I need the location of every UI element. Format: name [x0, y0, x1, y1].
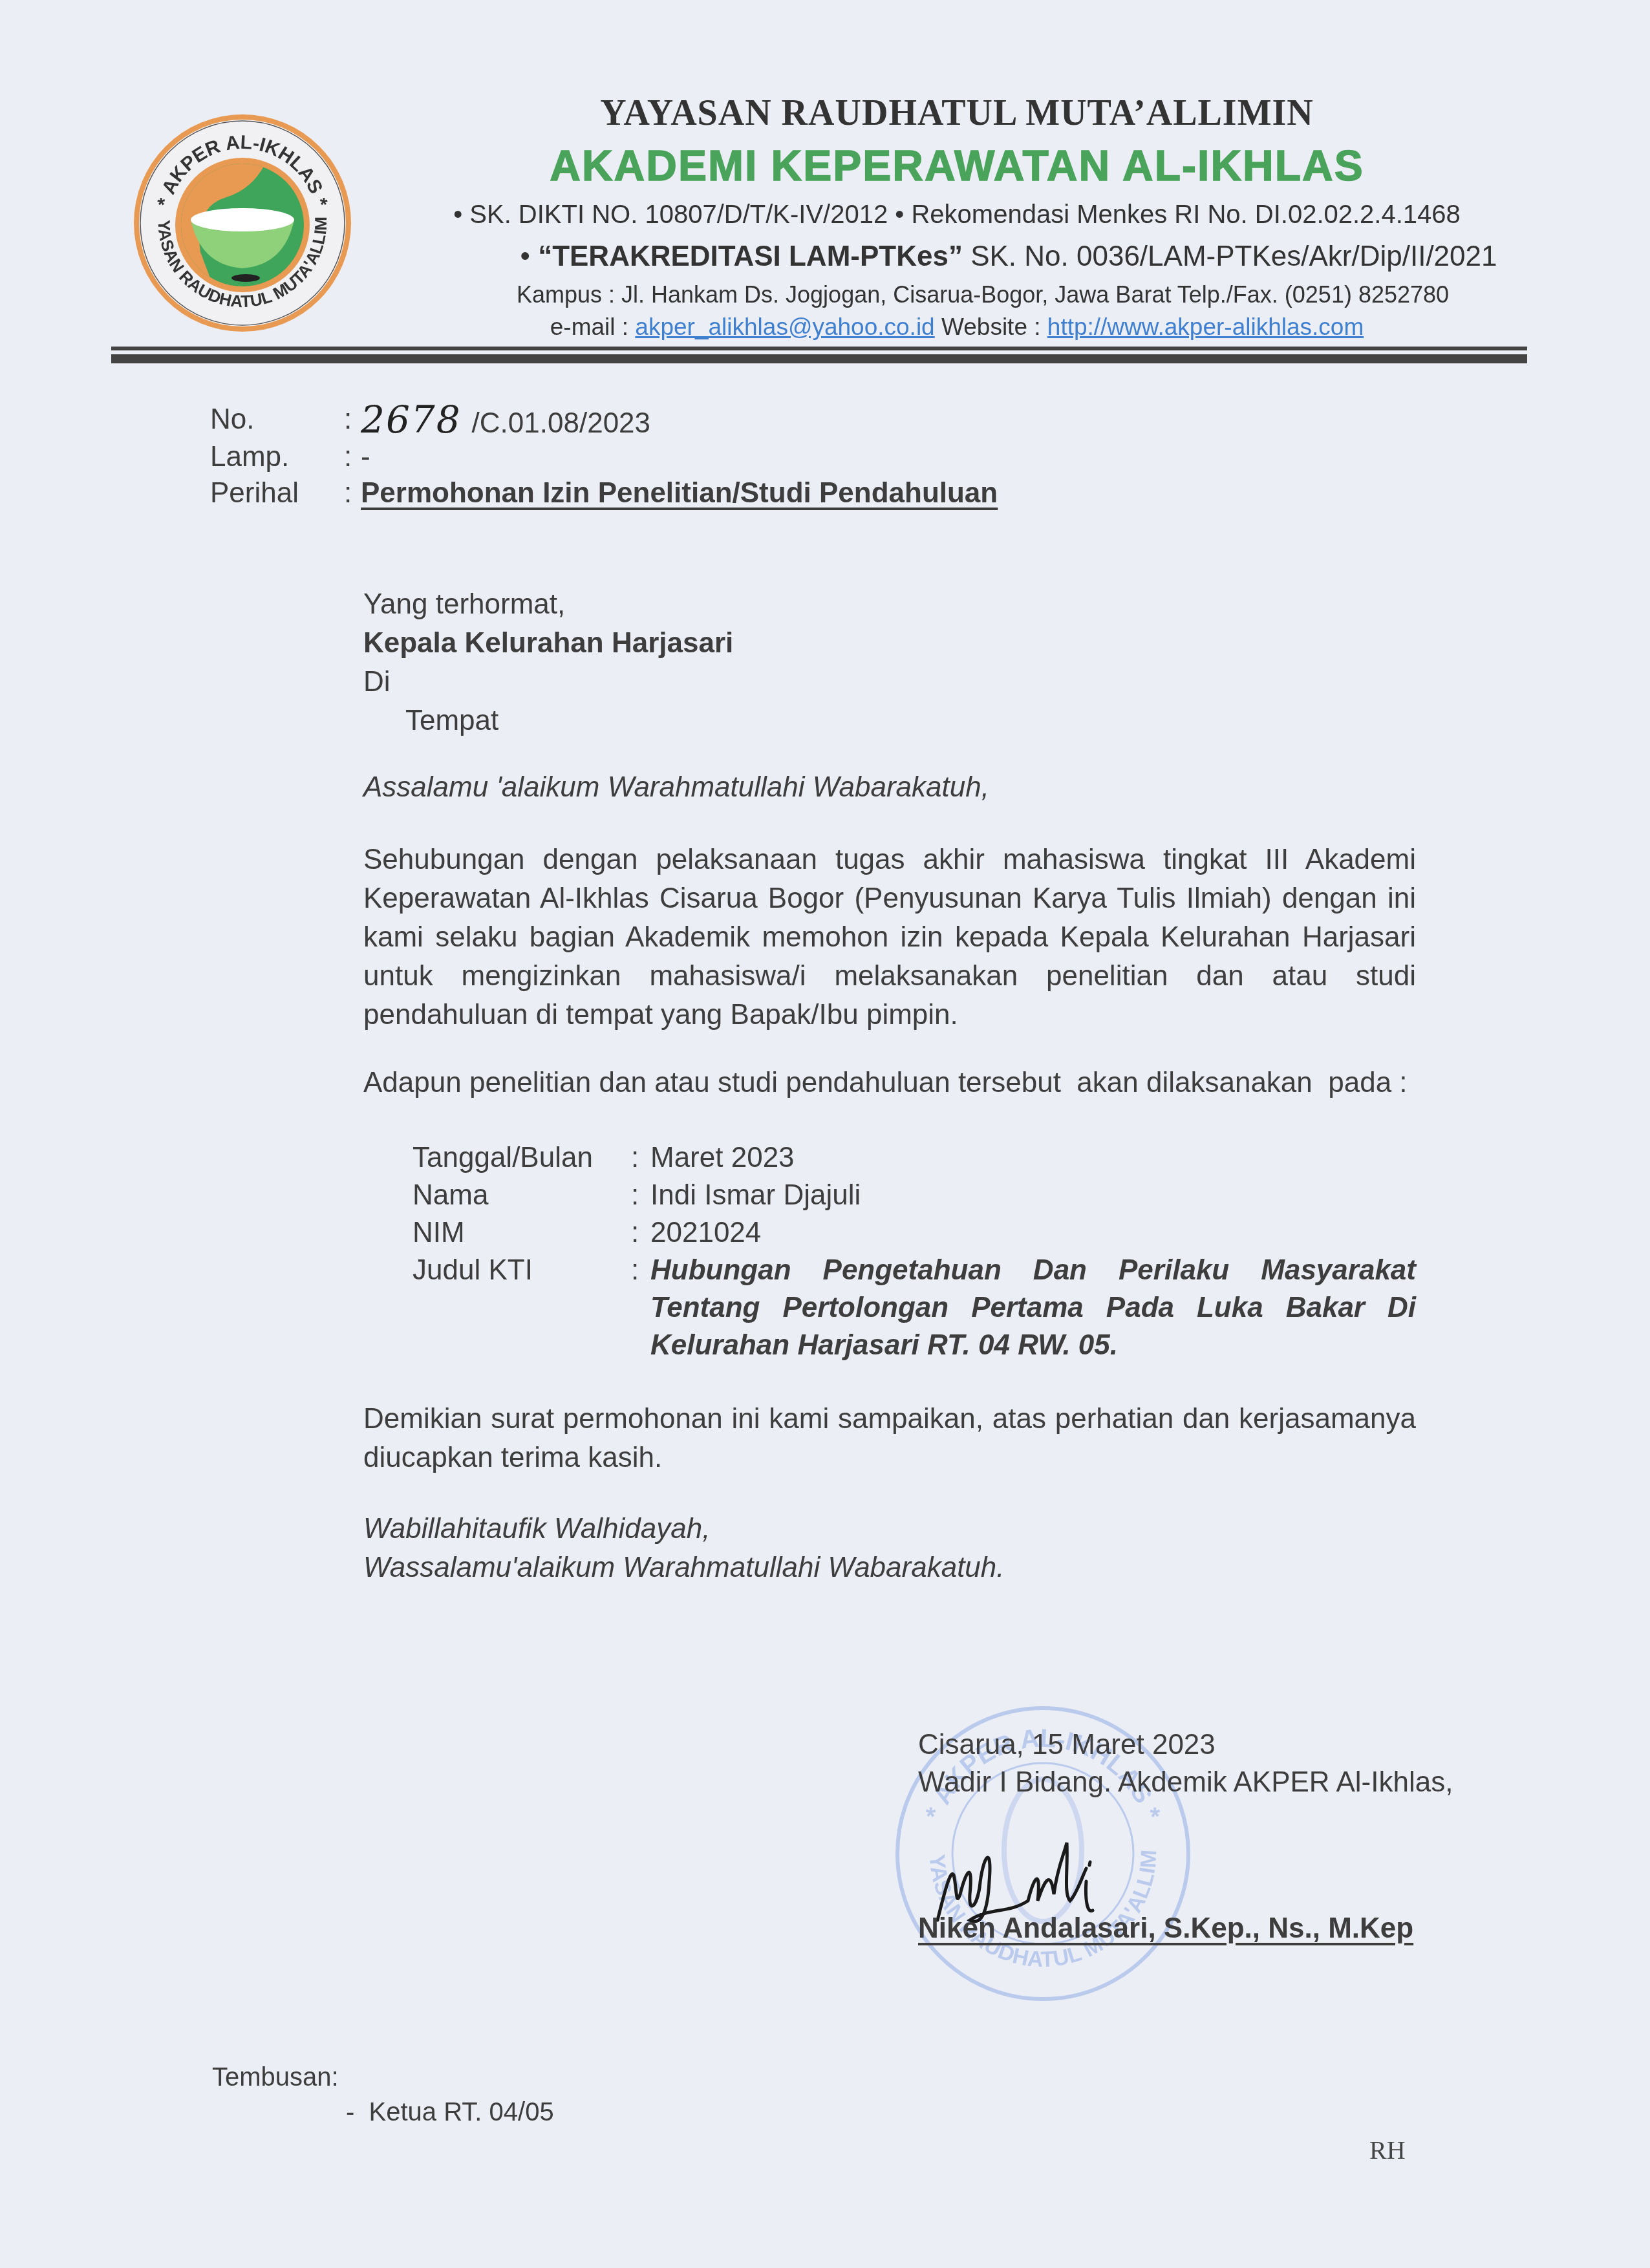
website-label: Website :: [941, 314, 1041, 340]
recipient-name: Kepala Kelurahan Harjasari: [363, 624, 1416, 663]
handwritten-number: 2678: [361, 398, 462, 442]
paragraph-1: Sehubungan dengan pelaksanaan tugas akhi…: [363, 840, 1416, 1034]
institution-logo-icon: * AKPER AL-IKHLAS * YAYASAN RAUDHATUL MU…: [129, 110, 356, 336]
subject-row: Perihal : Permohonan Izin Penelitian/Stu…: [0, 475, 1650, 512]
detail-row-date: Tanggal/Bulan : Maret 2023: [412, 1139, 1416, 1177]
detail-value: 2021024: [650, 1214, 1416, 1252]
signer-name: Niken Andalasari, S.Kep., Ns., M.Kep: [918, 1912, 1413, 1945]
closing-line-2: Wassalamu'alaikum Warahmatullahi Wabarak…: [363, 1548, 1416, 1587]
detail-label: Judul KTI: [412, 1252, 533, 1289]
letterhead-divider-thin: [111, 347, 1527, 350]
website-link[interactable]: http://www.akper-alikhlas.com: [1047, 314, 1364, 340]
subject-value: Permohonan Izin Penelitian/Studi Pendahu…: [361, 475, 998, 512]
attachment-value: -: [361, 438, 370, 476]
number-value: 2678/C.01.08/2023: [361, 401, 650, 442]
detail-value: Indi Ismar Djajuli: [650, 1177, 1416, 1214]
detail-row-name: Nama : Indi Ismar Djajuli: [412, 1177, 1416, 1214]
colon: :: [631, 1139, 639, 1177]
detail-label: Nama: [412, 1177, 488, 1214]
email-link[interactable]: akper_alikhlas@yahoo.co.id: [635, 314, 934, 340]
detail-label: NIM: [412, 1214, 465, 1252]
thesis-title: Hubungan Pengetahuan Dan Perilaku Masyar…: [650, 1252, 1416, 1364]
number-label: No.: [210, 401, 254, 438]
typist-initials: RH: [1369, 2135, 1406, 2165]
colon: :: [631, 1252, 639, 1289]
sk-dikti: SK. DIKTI NO. 10807/D/T/K-IV/2012: [469, 200, 888, 229]
attachment-label: Lamp.: [210, 438, 289, 476]
accreditation-line: • “TERAKREDITASI LAM-PTKes” SK. No. 0036…: [388, 241, 1578, 273]
contact-line: e-mail : akper_alikhlas@yahoo.co.id Webs…: [388, 314, 1526, 341]
paragraph-2: Adapun penelitian dan atau studi pendahu…: [363, 1064, 1416, 1102]
institution-name: AKADEMI KEPERAWATAN AL-IKHLAS: [388, 141, 1526, 190]
bullet-icon: •: [520, 241, 538, 272]
bullet-icon: •: [453, 200, 469, 229]
signer-position: Wadir I Bidang. Akdemik AKPER Al-Ikhlas,: [918, 1764, 1453, 1801]
colon: :: [631, 1214, 639, 1252]
colon: :: [344, 401, 352, 438]
research-details: Tanggal/Bulan : Maret 2023 Nama : Indi I…: [412, 1139, 1416, 1364]
closing-greeting: Wabillahitaufik Walhidayah, Wassalamu'al…: [363, 1510, 1416, 1587]
detail-label: Tanggal/Bulan: [412, 1139, 593, 1177]
place-date: Cisarua, 15 Maret 2023: [918, 1726, 1453, 1764]
colon: :: [344, 438, 352, 476]
bullet-icon: •: [895, 200, 911, 229]
subject-label: Perihal: [210, 475, 299, 512]
recipient-di: Di: [363, 663, 1416, 701]
letter-number-row: No. : 2678/C.01.08/2023: [0, 401, 1650, 438]
recipient-place: Tempat: [363, 701, 1416, 740]
salutation: Yang terhormat,: [363, 585, 1416, 624]
cc-item: - Ketua RT. 04/05: [346, 2098, 554, 2127]
detail-row-nim: NIM : 2021024: [412, 1214, 1416, 1252]
cc-label: Tembusan:: [212, 2059, 339, 2095]
menkes-recommendation: Rekomendasi Menkes RI No. DI.02.02.2.4.1…: [911, 200, 1460, 229]
closing-paragraph: Demikian surat permohonan ini kami sampa…: [363, 1400, 1416, 1477]
foundation-name: YAYASAN RAUDHATUL MUTA’ALLIMIN: [388, 92, 1526, 134]
number-suffix: /C.01.08/2023: [472, 407, 650, 439]
accreditation-sk: SK. No. 0036/LAM-PTKes/Akr/Dip/II/2021: [970, 241, 1497, 272]
email-label: e-mail :: [550, 314, 628, 340]
institution-logo: * AKPER AL-IKHLAS * YAYASAN RAUDHATUL MU…: [129, 110, 356, 336]
closing-line-1: Wabillahitaufik Walhidayah,: [363, 1510, 1416, 1548]
colon: :: [344, 475, 352, 512]
opening-greeting: Assalamu 'alaikum Warahmatullahi Wabarak…: [363, 768, 1416, 807]
registration-line: • SK. DIKTI NO. 10807/D/T/K-IV/2012 • Re…: [388, 200, 1526, 230]
campus-address: Kampus : Jl. Hankam Ds. Jogjogan, Cisaru…: [388, 281, 1552, 308]
accreditation-label: “TERAKREDITASI LAM-PTKes”: [538, 241, 963, 272]
signature-header: Cisarua, 15 Maret 2023 Wadir I Bidang. A…: [918, 1726, 1453, 1801]
attachment-row: Lamp. : -: [0, 438, 1650, 476]
letterhead-divider-thick: [111, 354, 1527, 363]
detail-value: Maret 2023: [650, 1139, 1416, 1177]
recipient-block: Yang terhormat, Kepala Kelurahan Harjasa…: [363, 585, 1416, 740]
colon: :: [631, 1177, 639, 1214]
detail-row-title: Judul KTI : Hubungan Pengetahuan Dan Per…: [412, 1252, 1416, 1364]
